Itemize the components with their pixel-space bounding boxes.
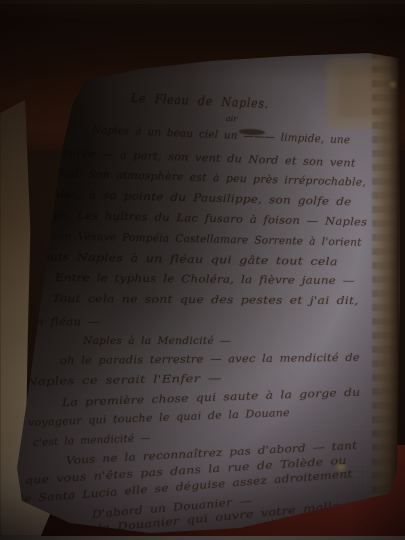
photo-top-edge [0, 0, 405, 4]
photo-bottom-edge [0, 536, 405, 540]
photo-of-manuscript: Le Fleau de Naples. Naples à un beau cie… [0, 0, 405, 540]
